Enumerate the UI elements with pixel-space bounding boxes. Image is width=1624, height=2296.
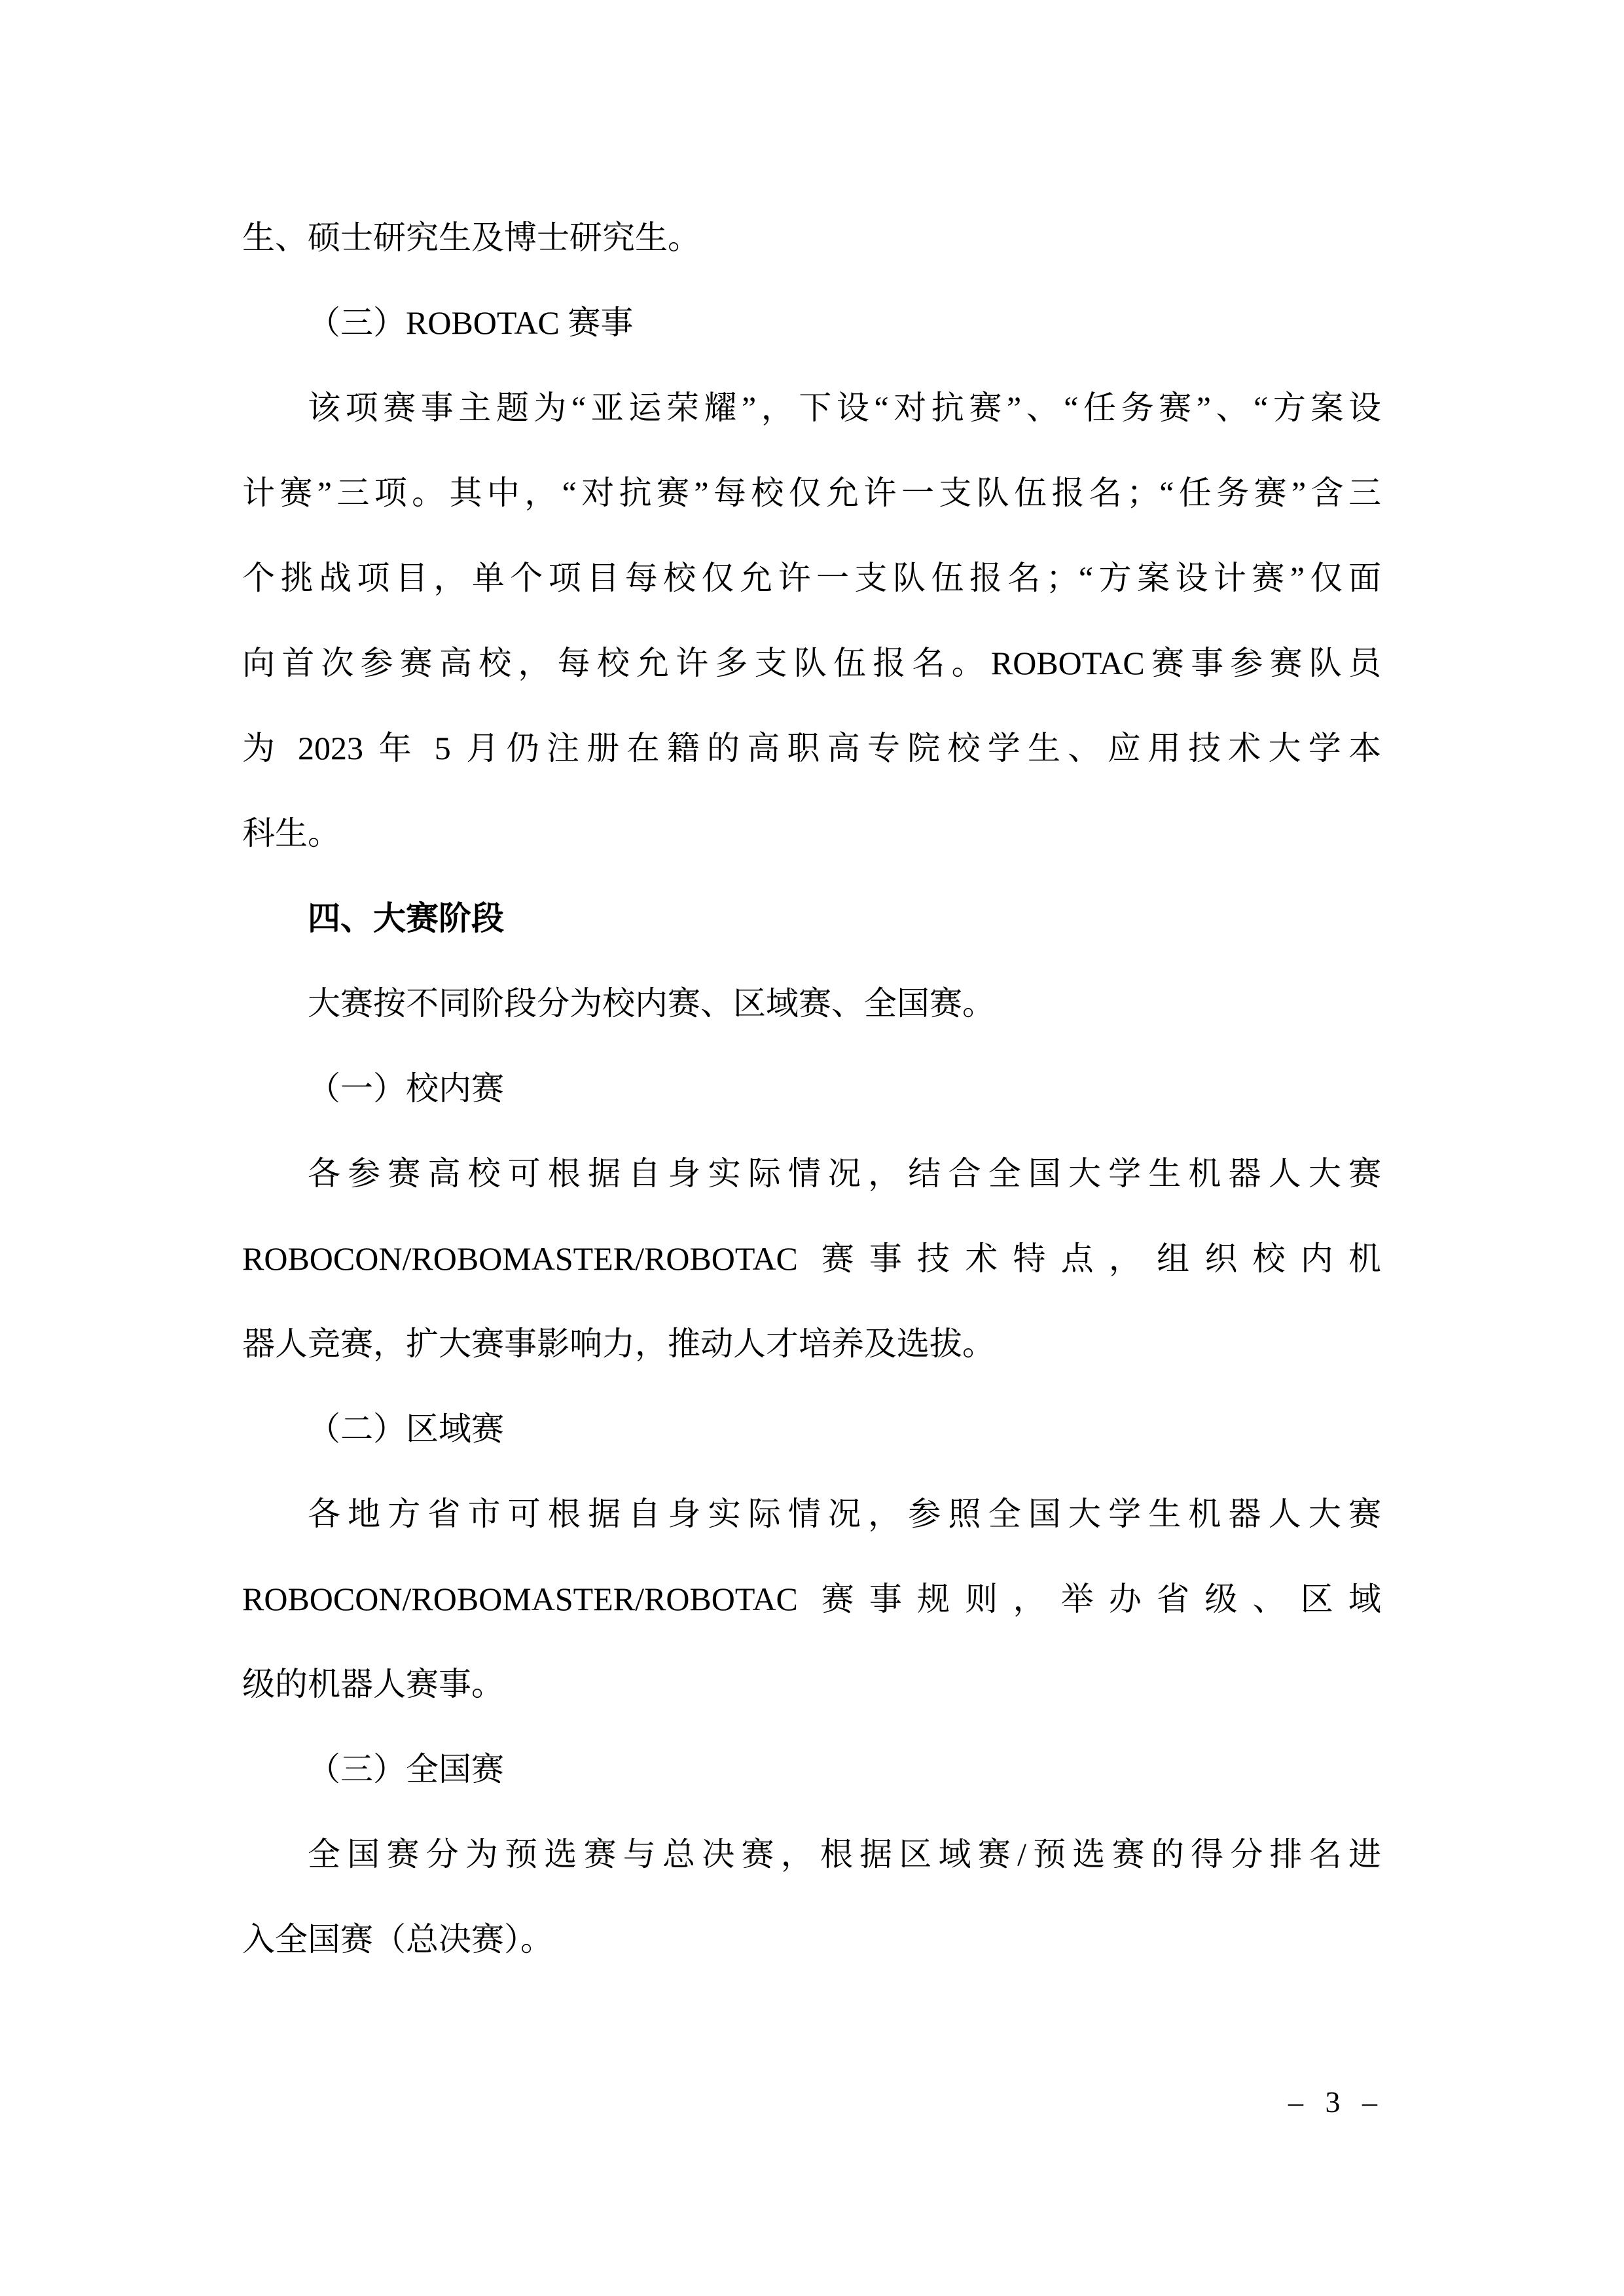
section-heading: 四、大赛阶段 bbox=[242, 876, 1381, 961]
text-line: （三）全国赛 bbox=[242, 1727, 1381, 1812]
text-line: ROBOCON/ROBOMASTER/ROBOTAC 赛事技术特点，组织校内机 bbox=[242, 1216, 1381, 1301]
text-line: ROBOCON/ROBOMASTER/ROBOTAC 赛事规则，举办省级、区域 bbox=[242, 1556, 1381, 1641]
text-line: 大赛按不同阶段分为校内赛、区域赛、全国赛。 bbox=[242, 961, 1381, 1046]
text-line: 各地方省市可根据自身实际情况，参照全国大学生机器人大赛 bbox=[242, 1471, 1381, 1556]
text-line: 个挑战项目，单个项目每校仅允许一支队伍报名；“方案设计赛”仅面 bbox=[242, 535, 1381, 620]
text-line: （二）区域赛 bbox=[242, 1386, 1381, 1471]
text-line: 入全国赛（总决赛）。 bbox=[242, 1897, 1381, 1982]
text-line: 全国赛分为预选赛与总决赛，根据区域赛/预选赛的得分排名进 bbox=[242, 1812, 1381, 1897]
page-number: – 3 – bbox=[1288, 2085, 1381, 2119]
text-line: 为 2023 年 5 月仍注册在籍的高职高专院校学生、应用技术大学本 bbox=[242, 706, 1381, 791]
document-page: 生、硕士研究生及博士研究生。（三）ROBOTAC 赛事该项赛事主题为“亚运荣耀”… bbox=[0, 0, 1624, 2296]
text-line: 该项赛事主题为“亚运荣耀”，下设“对抗赛”、“任务赛”、“方案设 bbox=[242, 365, 1381, 450]
text-line: 科生。 bbox=[242, 791, 1381, 876]
text-line: （三）ROBOTAC 赛事 bbox=[242, 280, 1381, 365]
text-line: 向首次参赛高校，每校允许多支队伍报名。ROBOTAC赛事参赛队员 bbox=[242, 620, 1381, 706]
page-footer: – 3 – bbox=[1288, 2085, 1381, 2119]
text-line: 级的机器人赛事。 bbox=[242, 1641, 1381, 1727]
text-line: 器人竞赛，扩大赛事影响力，推动人才培养及选拔。 bbox=[242, 1301, 1381, 1386]
text-line: （一）校内赛 bbox=[242, 1046, 1381, 1131]
text-line: 生、硕士研究生及博士研究生。 bbox=[242, 195, 1381, 280]
document-body: 生、硕士研究生及博士研究生。（三）ROBOTAC 赛事该项赛事主题为“亚运荣耀”… bbox=[242, 195, 1381, 1982]
text-line: 各参赛高校可根据自身实际情况，结合全国大学生机器人大赛 bbox=[242, 1131, 1381, 1216]
text-line: 计赛”三项。其中，“对抗赛”每校仅允许一支队伍报名；“任务赛”含三 bbox=[242, 450, 1381, 535]
